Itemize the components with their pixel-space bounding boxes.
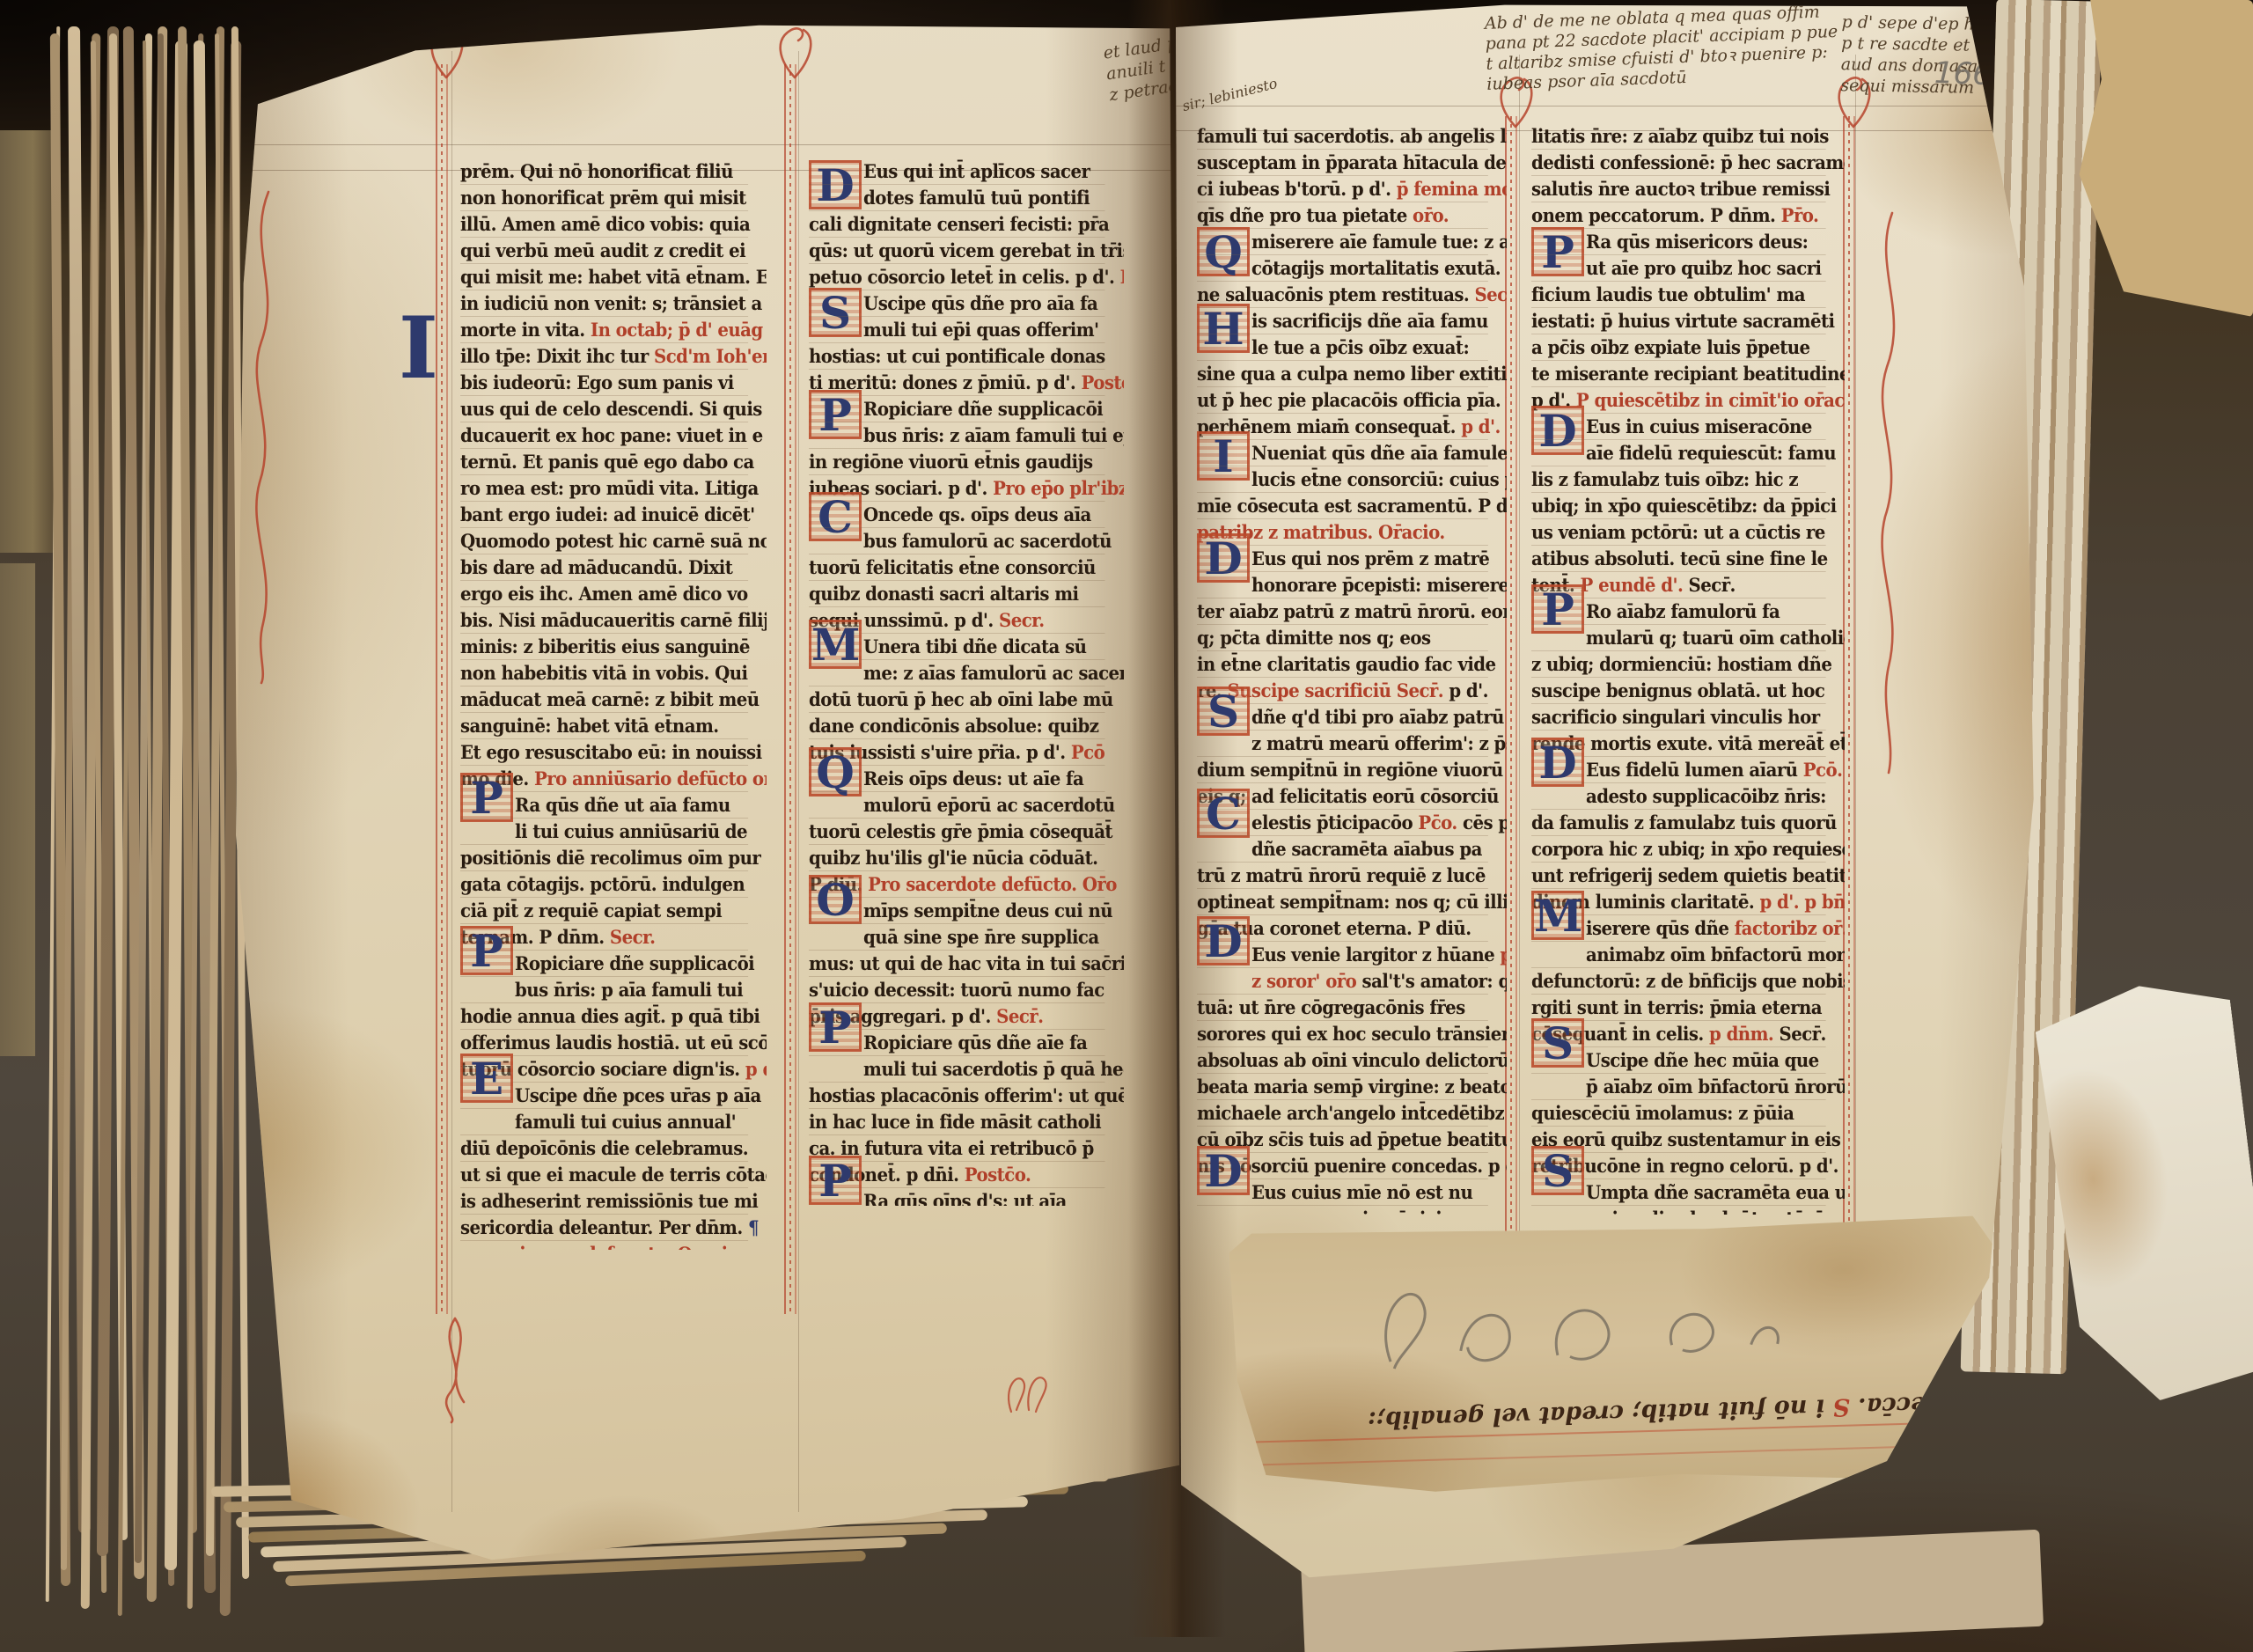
text-line: in hac luce in fide māsit catholi (809, 1109, 1105, 1135)
text-line: mus: ut qui de hac vita in tui sac̄ri (809, 951, 1105, 977)
text-line: a vinculis absoluāt pctōrū. (1531, 1206, 1826, 1215)
penwork-divider (436, 64, 448, 1314)
text-line: tuā: ut n̄re cōgregacōnis fr̄es (1197, 995, 1488, 1021)
penwork-divider (1505, 116, 1517, 1278)
text-line: bis dare ad māducandū. Dixit (460, 554, 748, 581)
body-text: s'uicio decessit: tuorū numo fac (809, 979, 1104, 1001)
rubric-text: factoribz or̄. (1735, 917, 1845, 939)
body-text: lucis et̄ne consorciū: cuius p̄petue (1251, 468, 1507, 490)
body-text: bant ergo iudei: ad inuicē dicēt' (460, 503, 755, 525)
text-line: qīs dñe pro tua pietate or̄o. (1197, 202, 1488, 229)
text-line: trū z matrū n̄rorū requiē z lucē (1197, 863, 1488, 889)
text-line: elestis p̄ticipacōo Pc̄o. cēs p d'. (1197, 810, 1488, 836)
body-text: hodie annua dies agit̄. p quā tibi (460, 1005, 760, 1027)
body-text: famuli tui sacerdotis. ab angelis lucis (1197, 125, 1507, 147)
body-text: bus n̄ris: p aīa famuli tui (515, 979, 743, 1001)
body-text: z matrū mearū offerim': z p̄s (1251, 732, 1507, 754)
body-text: adesto supplicacōibz n̄ris: (1586, 785, 1826, 807)
body-text: onem peccatorum. P dn̄m. (1531, 204, 1781, 226)
rubric-text: P eundē d'. (1581, 574, 1689, 596)
text-line: ciā pit̄ z requiē capiat sempi (460, 898, 748, 924)
text-line: in regiōne viuorū et̄nis gaudijs (809, 449, 1105, 475)
body-text: cali dignitate censeri fecisti: pr̄a (809, 213, 1109, 235)
rubric-text: Pro ep̄o plr'ibz (993, 477, 1124, 499)
rubric-text: Secr. (999, 609, 1044, 631)
text-line: Reis oīps deus: ut aīe fa (809, 766, 1105, 792)
body-text: Ropiciare qūs dñe aīe fa (863, 1032, 1087, 1054)
slip-text-part1: fuit ecc̄a. (1850, 1389, 1983, 1420)
body-text: te miserante recipiant beatitudine. (1531, 363, 1845, 385)
body-text: illū. Amen amē dico vobis: quia (460, 213, 750, 235)
body-text: unt refrigerij sedem quietis beatitu (1531, 864, 1845, 886)
text-line: Eus qui nos prēm z matrē (1197, 546, 1488, 572)
body-text: mīe cōsecuta est sacramentū. P d'. (1197, 495, 1507, 517)
body-text: dotes famulū tuū pontifi (863, 187, 1090, 209)
body-text: Uscipe qūs dñe pro aīa fa (863, 292, 1097, 314)
body-text: rgiti sunt in terris: p̄mia eterna (1531, 996, 1822, 1018)
text-line: Ra qūs oīps d's: ut aīa (809, 1188, 1105, 1206)
text-line: corpora hic z ubiq; in xp̄o requiesc̄t (1531, 836, 1826, 863)
body-text: Umpta dñe sacramēta eua ue (1586, 1181, 1845, 1203)
body-text: Unera tibi dñe dicata sū (863, 635, 1086, 657)
text-line: hodie annua dies agit̄. p quā tibi (460, 1003, 748, 1030)
body-text: Eus qui int̄ aplīcos sacer (863, 160, 1090, 182)
text-column-left-2: DEus qui int̄ aplīcos sacerdotes famulū … (809, 158, 1124, 1206)
text-line: offerimus laudis hostiā. ut eū scōrū (460, 1030, 748, 1056)
red-ms-flourish-icon (999, 1361, 1069, 1422)
text-column-left-1: prēm. Qui nō honorificat filiūnon honori… (460, 158, 767, 1250)
paraph-mark: ¶ (748, 1216, 759, 1238)
body-text: Eus fidelū lumen aīarū (1586, 759, 1803, 781)
body-text: Ropiciare dñe supplicacōi (863, 398, 1103, 420)
rubric-text: Secr. (1474, 283, 1507, 305)
body-text: us veniam pctōrū: ut a cūctis re (1531, 521, 1825, 543)
text-line: ro mea est: pro mūdi vita. Litiga (460, 475, 748, 502)
marginal-initial-I: I (399, 306, 438, 391)
penwork-flourish-icon (242, 192, 283, 685)
text-line: minis: z biberitis eius sanguinē (460, 634, 748, 660)
body-text: uus qui de celo descendi. Si quis mā (460, 398, 767, 420)
left-page: I prēm. Qui nō honorificat filiūnon hono… (224, 16, 1179, 1591)
text-line: li tui cuius anniūsariū de (460, 819, 748, 845)
text-line: Unera tibi dñe dicata sū (809, 634, 1105, 660)
body-text: merus: suscipe p̄picius pces (1251, 1208, 1507, 1215)
text-line: me: z aīas famulorū ac sacer (809, 660, 1105, 686)
body-text: Ropiciare dñe supplicacōi (515, 952, 754, 974)
rubric-text: Secr. (610, 926, 655, 948)
ruling-line (798, 51, 799, 1512)
rubric-text: P quiescētibz in cimīt'io or̄aco. (1576, 389, 1845, 411)
text-line: beata maria semp̄ virgine: z beato (1197, 1074, 1488, 1100)
body-text: mularū q; tuarū oīm catholicorū (1586, 627, 1845, 649)
text-line: animabz oīm bn̄factorū mor (1531, 942, 1826, 968)
text-line: famuli tui cuius annual' (460, 1109, 748, 1135)
body-text: sanguinē: habet vitā et̄nam. (460, 715, 719, 737)
body-text: Nueniat qūs dñe aīa famule (1251, 442, 1507, 464)
text-line: muli tui ep̄i quas offerim' (809, 317, 1105, 343)
rubric-text: pro episcopo defuncto. Oracio. (460, 1243, 744, 1250)
penwork-flourish-icon (425, 1318, 487, 1424)
text-line: litatis n̄re: z aīabz quibz tui nois (1531, 123, 1826, 150)
text-line: Eus cuius mīe nō est nu (1197, 1179, 1488, 1206)
body-text: sericordia deleantur. Per dn̄m. (460, 1216, 748, 1238)
text-line: bis iudeorū: Ego sum panis vi (460, 370, 748, 396)
body-text: Secr̄. (1689, 574, 1736, 596)
text-line: honorare p̄cepisti: miserere (1197, 572, 1488, 598)
ruling-line (1855, 55, 1856, 1304)
body-text: tuorū celestis gr̄e p̄mia cōsequāt̄ (809, 820, 1112, 842)
text-line: dotū tuorū p̄ hec ab oīni labe mū (809, 686, 1105, 713)
text-line: le tue a pc̄is oībz exuat̄: (1197, 334, 1488, 361)
rubric-text: In octab; p̄ d' euāg (591, 319, 763, 341)
note-line: sir; lebiniesto (1180, 75, 1279, 114)
text-line: mulorū ep̄orū ac sacerdotū (809, 792, 1105, 819)
body-text: qīs dñe pro tua pietate (1197, 204, 1413, 226)
text-line: non habebitis vitā in vobis. Qui (460, 660, 748, 686)
text-line: muli tui sacerdotis p̄ quā hec (809, 1056, 1105, 1083)
body-text: muli tui sacerdotis p̄ quā hec (863, 1058, 1124, 1080)
text-line: qui verbū meū audit z credit ei (460, 238, 748, 264)
text-line: illo tp̄e: Dixit ihc tur Scd'm Ioh'em (460, 343, 748, 370)
text-line: sine qua a culpa nemo liber extitit (1197, 361, 1488, 387)
text-line: da famulis z famulabz tuis quorū (1531, 810, 1826, 836)
body-text: z ubiq; dormienciū: hostiam dñe (1531, 653, 1831, 675)
text-line: morte in vita. In octab; p̄ d' euāg (460, 317, 748, 343)
text-line: prēm. Qui nō honorificat filiū (460, 158, 748, 185)
body-text: aīe fidelū requiescūt: famu (1586, 442, 1836, 464)
body-text: iserere qūs dñe (1586, 917, 1735, 939)
text-line: s'uicio decessit: tuorū numo fac (809, 977, 1105, 1003)
text-line: pro episcopo defuncto. Oracio. (460, 1241, 748, 1250)
text-line: atibus absoluti. tecū sine fine le (1531, 546, 1826, 572)
body-text: Ra qūs oīps d's: ut aīa (863, 1190, 1067, 1206)
body-text: ficium laudis tue obtulim' ma (1531, 283, 1805, 305)
body-text: famuli tui cuius annual' (515, 1111, 736, 1133)
rubric-text: Pro sacerdote defūcto. Or̄o (868, 873, 1117, 895)
body-text: non honorificat prēm qui misit (460, 187, 746, 209)
body-text: honorare p̄cepisti: miserere (1251, 574, 1507, 596)
marginal-note-gutter: sir; lebiniesto (1180, 75, 1279, 114)
penwork-divider (1843, 116, 1855, 1278)
rubric-text: p fr̄ibz (1500, 943, 1507, 966)
text-line: salutis n̄re auctoꝛ tribue remissi (1531, 176, 1826, 202)
text-line: is sacrificijs dñe aīa famu (1197, 308, 1488, 334)
body-text: tuā: ut n̄re cōgregacōnis fr̄es (1197, 996, 1465, 1018)
body-text: qūs: ut quorū vicem gerebat in tr̄is (809, 239, 1124, 261)
rubric-text: Pro anniūsario defūcto oro. (534, 767, 767, 789)
body-text: dotū tuorū p̄ hec ab oīni labe mū (809, 688, 1113, 710)
body-text: non habebitis vitā in vobis. Qui (460, 662, 747, 684)
text-line: ducauerit ex hoc pane: viuet in e (460, 422, 748, 449)
text-line: Ro aīabz famulorū fa (1531, 598, 1826, 625)
text-line: dotes famulū tuū pontifi (809, 185, 1105, 211)
body-text: elestis p̄ticipacōo (1251, 811, 1418, 833)
body-text: a vinculis absoluāt pctōrū. (1586, 1208, 1831, 1215)
body-text: Secr̄. (1780, 1023, 1826, 1045)
text-line: ergo eis ihc. Amen amē dico vo (460, 581, 748, 607)
text-line: p̄ aīabz oīm bn̄factorū n̄rorū (1531, 1074, 1826, 1100)
body-text: suscipe benignus oblatā. ut hoc (1531, 679, 1824, 701)
body-text: trū z matrū n̄rorū requiē z lucē (1197, 864, 1486, 886)
text-line: sacrificio singulari vinculis hor (1531, 704, 1826, 731)
text-line: dñe sacramēta aīabus pa (1197, 836, 1488, 863)
body-text: bis dare ad māducandū. Dixit (460, 556, 732, 578)
text-line: diū depoīcōnis die celebramus. (460, 1135, 748, 1162)
body-text: bus famulorū ac sacerdotū (863, 530, 1112, 552)
ruling-line (451, 51, 452, 1512)
body-text: salutis n̄re auctoꝛ tribue remissi (1531, 178, 1830, 200)
text-line: Eus venie largitor z hūane p fr̄ibz (1197, 942, 1488, 968)
text-line: Nueniat qūs dñe aīa famule (1197, 440, 1488, 466)
text-line: qūs: ut quorū vicem gerebat in tr̄is (809, 238, 1105, 264)
folio-number: 166 (1934, 55, 1992, 92)
body-text: ternū. Et panis quē ego dabo ca (460, 451, 754, 473)
rubric-text: p d'. p bn̄ (1759, 891, 1845, 913)
body-text: a pc̄is oībz expiate luis p̄petue (1531, 336, 1810, 358)
penwork-flourish-icon (1869, 213, 1913, 776)
body-text: tuorū felicitatis et̄ne consorciū (809, 556, 1096, 578)
ruling-line (1519, 55, 1520, 1304)
body-text: atibus absoluti. tecū sine fine le (1531, 547, 1828, 569)
text-line: Ropiciare dñe supplicacōi (460, 951, 748, 977)
body-text: p̄ aīabz oīm bn̄factorū n̄rorū (1586, 1076, 1845, 1098)
body-text: Reis oīps deus: ut aīe fa (863, 767, 1083, 789)
body-text: dane condicōnis absolue: quibz (809, 715, 1098, 737)
text-line: Uscipe dñe hec mūia que (1531, 1047, 1826, 1074)
text-line: lucis et̄ne consorciū: cuius p̄petue (1197, 466, 1488, 493)
text-line: dium sempit̄nū in regiōne viuorū (1197, 757, 1488, 783)
text-line: z ubiq; dormienciū: hostiam dñe (1531, 651, 1826, 678)
rubric-text: Postcō (1120, 266, 1124, 288)
body-text: absoluas ab oīni vinculo delictorū (1197, 1049, 1507, 1071)
rubric-text: Pcō. (1803, 759, 1843, 781)
text-line: defunctorū: z de bn̄ficijs que nobis la (1531, 968, 1826, 995)
text-line: optineat sempit̄nam: nos q; cū illis (1197, 889, 1488, 915)
body-text: dñe q'd tibi pro aīabz patrū (1251, 706, 1504, 728)
penwork-flourish-icon (420, 23, 473, 84)
text-line: mīe cōsecuta est sacramentū. P d'. pro (1197, 493, 1488, 519)
body-text: ducauerit ex hoc pane: viuet in e (460, 424, 763, 446)
text-line: cōtagijs mortalitatis exutā. in et̄ (1197, 255, 1488, 282)
text-line: Uscipe qūs dñe pro aīa fa (809, 290, 1105, 317)
body-text: ubiq; in xp̄o quiescētibz: da p̄pici (1531, 495, 1837, 517)
body-text: cēs p d'. (1463, 811, 1507, 833)
ruling-line (1176, 106, 2029, 106)
rubric-text: p d'. Pcō. (745, 1058, 767, 1080)
rubric-text: p̄ femina mortua (1397, 178, 1507, 200)
body-text: qui verbū meū audit z credit ei (460, 239, 745, 261)
body-text: dñe sacramēta aīabus pa (1251, 838, 1482, 860)
body-text: Uscipe dñe pces ur̄as p aīa (515, 1084, 761, 1106)
text-line: petuo cōsorcio letet̄ in celis. p d'. Po… (809, 264, 1105, 290)
body-text: ut p̄ hec pie placacōis officia pīa. ut (1197, 389, 1507, 411)
text-line: Umpta dñe sacramēta eua ue (1531, 1179, 1826, 1206)
body-text: in regiōne viuorū et̄nis gaudijs (809, 451, 1093, 473)
body-text: miserere aīe famule tue: z a (1251, 231, 1507, 253)
body-text: prēm. Qui nō honorificat filiū (460, 160, 733, 182)
body-text: Eus qui nos prēm z matrē (1251, 547, 1489, 569)
text-column-right-2: litatis n̄re: z aīabz quibz tui noisdedi… (1531, 123, 1845, 1215)
text-line: quibz donasti sacri altaris mi (809, 581, 1105, 607)
body-text: quibz donasti sacri altaris mi (809, 583, 1078, 605)
text-line: Eus fidelū lumen aīarū Pcō. (1531, 757, 1826, 783)
right-page: famuli tui sacerdotis. ab angelis luciss… (1176, 2, 2065, 1597)
body-text: corpora hic z ubiq; in xp̄o requiesc̄t (1531, 838, 1845, 860)
text-line: dane condicōnis absolue: quibz (809, 713, 1105, 739)
text-line: Eus in cuius miseracōne (1531, 414, 1826, 440)
body-text: michaele arch'angelo int̄cedētibz (1197, 1102, 1504, 1124)
text-line: Ropiciare qūs dñe aīe fa (809, 1030, 1105, 1056)
text-line: ternū. Et panis quē ego dabo ca (460, 449, 748, 475)
body-text: p d'. (1449, 679, 1488, 701)
text-line: is adheserint remissiōnis tue mi (460, 1188, 748, 1215)
body-text: da famulis z famulabz tuis quorū (1531, 811, 1837, 833)
text-line: iestati: p̄ huius virtute sacramēti (1531, 308, 1826, 334)
text-line: bant ergo iudei: ad inuicē dicēt' (460, 502, 748, 528)
body-text: susceptam in p̄parata hītacula dedu (1197, 151, 1507, 173)
body-text: sorores qui ex hoc seculo trānsierūt (1197, 1023, 1507, 1045)
body-text: ergo eis ihc. Amen amē dico vo (460, 583, 748, 605)
body-text: Eus cuius mīe nō est nu (1251, 1181, 1472, 1203)
body-text: lis z famulabz tuis oībz: hic z (1531, 468, 1798, 490)
body-text: quibz hu'ilis gl'ie nūcia cōduāt. (809, 847, 1097, 869)
text-line: lis z famulabz tuis oībz: hic z (1531, 466, 1826, 493)
text-column-right-1: famuli tui sacerdotis. ab angelis luciss… (1197, 123, 1507, 1215)
text-line: in iudiciū non venit: s; trānsiet a (460, 290, 748, 317)
body-text: me: z aīas famulorū ac sacer (863, 662, 1124, 684)
text-line: ci iubeas b'torū. p d'. p̄ femina mortua (1197, 176, 1488, 202)
body-text: litatis n̄re: z aīabz quibz tui nois (1531, 125, 1829, 147)
slip-red-initial: S (1832, 1393, 1850, 1421)
text-line: māducat meā carnē: z bibit meū (460, 686, 748, 713)
body-text: morte in vita. (460, 319, 591, 341)
body-text: hostias: ut cui pontificale donas (809, 345, 1105, 367)
text-line: z soror' or̄o sal't's amator: qūs (1197, 968, 1488, 995)
text-line: unt refrigerij sedem quietis beatitu (1531, 863, 1826, 889)
rubric-text: Postc̄o. (965, 1164, 1031, 1186)
text-line: Ra qūs dñe ut aīa famu (460, 792, 748, 819)
text-line: ter aīabz patrū z matrū n̄rorū. eorū (1197, 598, 1488, 625)
text-line: dñe q'd tibi pro aīabz patrū (1197, 704, 1488, 731)
body-text: is sacrificijs dñe aīa famu (1251, 310, 1488, 332)
body-text: sacrificio singulari vinculis hor (1531, 706, 1820, 728)
text-line: illū. Amen amē dico vobis: quia (460, 211, 748, 238)
text-line: bis. Nisi māducaueritis carnē filij ho (460, 607, 748, 634)
text-line: merus: suscipe p̄picius pces (1197, 1206, 1488, 1215)
body-text: quiescēciū īmolamus: z p̄ūia (1531, 1102, 1794, 1124)
body-text: Ro aīabz famulorū fa (1586, 600, 1780, 622)
text-line: bus n̄ris: z aīam famuli tui ep̄i (809, 422, 1105, 449)
text-line: uus qui de celo descendi. Si quis mā (460, 396, 748, 422)
text-line: Quomodo potest hic carnē suā no (460, 528, 748, 554)
body-text: Quomodo potest hic carnē suā no (460, 530, 767, 552)
body-text: bis. Nisi māducaueritis carnē filij ho (460, 609, 767, 631)
text-line: in et̄ne claritatis gaudio fac vide (1197, 651, 1488, 678)
body-text: ciā pit̄ z requiē capiat sempi (460, 899, 722, 921)
text-line: bus n̄ris: p aīa famuli tui (460, 977, 748, 1003)
body-text: sine qua a culpa nemo liber extitit (1197, 363, 1507, 385)
penwork-flourish-icon (768, 23, 821, 84)
body-text: ci iubeas b'torū. p d'. (1197, 178, 1397, 200)
body-text: ter aīabz patrū z matrū n̄rorū. eorū (1197, 600, 1507, 622)
body-text: li tui cuius anniūsariū de (515, 820, 747, 842)
rubric-text: or̄o. (1413, 204, 1449, 226)
ruling-line (224, 144, 1179, 145)
slip-ruling (1251, 1443, 1987, 1465)
body-text: positiōnis diē recolimus oīm pur (460, 847, 760, 869)
rubric-text: p dn̄m. (1709, 1023, 1780, 1045)
text-line: miserere aīe famule tue: z a (1197, 229, 1488, 255)
body-text: māducat meā carnē: z bibit meū (460, 688, 760, 710)
penwork-divider (784, 64, 796, 1314)
body-text: minis: z biberitis eius sanguinē (460, 635, 750, 657)
body-text: dedisti confessionē: p̄ hec sacramēta (1531, 151, 1845, 173)
text-line: ut si que ei macule de terris cōtagi (460, 1162, 748, 1188)
text-line: a pc̄is oībz expiate luis p̄petue (1531, 334, 1826, 361)
body-text: sal't's amator: qūs (1362, 970, 1507, 992)
text-line: tuorū celestis gr̄e p̄mia cōsequāt̄ (809, 819, 1105, 845)
background-shelf-object-2 (0, 563, 35, 1056)
marginal-note-top-center: Ab d' de me ne oblata q mea quas offimpa… (1485, 0, 1883, 95)
body-text: Ra qūs misericors deus: (1586, 231, 1808, 253)
text-line: Uscipe dñe pces ur̄as p aīa (460, 1083, 748, 1109)
text-line: ubiq; in xp̄o quiescētibz: da p̄pici (1531, 493, 1826, 519)
body-text: in iudiciū non venit: s; trānsiet a (460, 292, 762, 314)
rubric-text: Scd'm Ioh'em (654, 345, 767, 367)
text-line: Et ego resuscitabo eū: in nouissi (460, 739, 748, 766)
body-text: in hac luce in fide māsit catholi (809, 1111, 1101, 1133)
text-line: us veniam pctōrū: ut a cūctis re (1531, 519, 1826, 546)
body-text: ut aīe pro quibz hoc sacri (1586, 257, 1821, 279)
text-line: bus famulorū ac sacerdotū (809, 528, 1105, 554)
rubric-text: Pcō (1071, 741, 1104, 763)
text-line: tuorū felicitatis et̄ne consorciū (809, 554, 1105, 581)
photo-stage: I prēm. Qui nō honorificat filiūnon hono… (0, 0, 2253, 1652)
body-text: hostias placacōnis offerim': ut quē (809, 1084, 1124, 1106)
body-text: qui misit me: habet vitā et̄nam. Et (460, 266, 767, 288)
text-line: gata cōtagijs. pctōrū. indulgen (460, 871, 748, 898)
text-line: adesto supplicacōibz n̄ris: (1531, 783, 1826, 810)
page-edge-stack-left (51, 26, 262, 1611)
rubric-text: Pc̄o. (1418, 811, 1463, 833)
body-text: le tue a pc̄is oībz exuat̄: (1251, 336, 1469, 358)
body-text: ut si que ei macule de terris cōtagi (460, 1164, 767, 1186)
body-text: ro mea est: pro mūdi vita. Litiga (460, 477, 759, 499)
body-text: iestati: p̄ huius virtute sacramēti (1531, 310, 1834, 332)
text-line: famuli tui sacerdotis. ab angelis lucis (1197, 123, 1488, 150)
body-text: in et̄ne claritatis gaudio fac vide (1197, 653, 1496, 675)
text-line: Ropiciare dñe supplicacōi (809, 396, 1105, 422)
text-line: sanguinē: habet vitā et̄nam. (460, 713, 748, 739)
text-line: iserere qūs dñe factoribz or̄. (1531, 915, 1826, 942)
body-text: diū depoīcōnis die celebramus. (460, 1137, 748, 1159)
body-text: dium sempit̄nū in regiōne viuorū (1197, 759, 1503, 781)
text-line: te miserante recipiant beatitudine. (1531, 361, 1826, 387)
text-line: Ra qūs misericors deus: (1531, 229, 1826, 255)
text-line: Eus qui int̄ aplīcos sacer (809, 158, 1105, 185)
text-line: mularū q; tuarū oīm catholicorū (1531, 625, 1826, 651)
text-line: suscipe benignus oblatā. ut hoc (1531, 678, 1826, 704)
text-line: q; pc̄ta dimitte nos q; eos (1197, 625, 1488, 651)
text-line: quiescēciū īmolamus: z p̄ūia (1531, 1100, 1826, 1127)
body-text: petuo cōsorcio letet̄ in celis. p d'. (809, 266, 1120, 288)
body-text: bis iudeorū: Ego sum panis vi (460, 371, 734, 393)
body-text: animabz oīm bn̄factorū mor (1586, 943, 1845, 966)
rubric-text: Suscipe sacrificiū Secr̄. (1227, 679, 1449, 701)
body-text: offerimus laudis hostiā. ut eū scōrū (460, 1032, 767, 1054)
body-text: Eus venie largitor z hūane (1251, 943, 1500, 966)
text-line: ficium laudis tue obtulim' ma (1531, 282, 1826, 308)
